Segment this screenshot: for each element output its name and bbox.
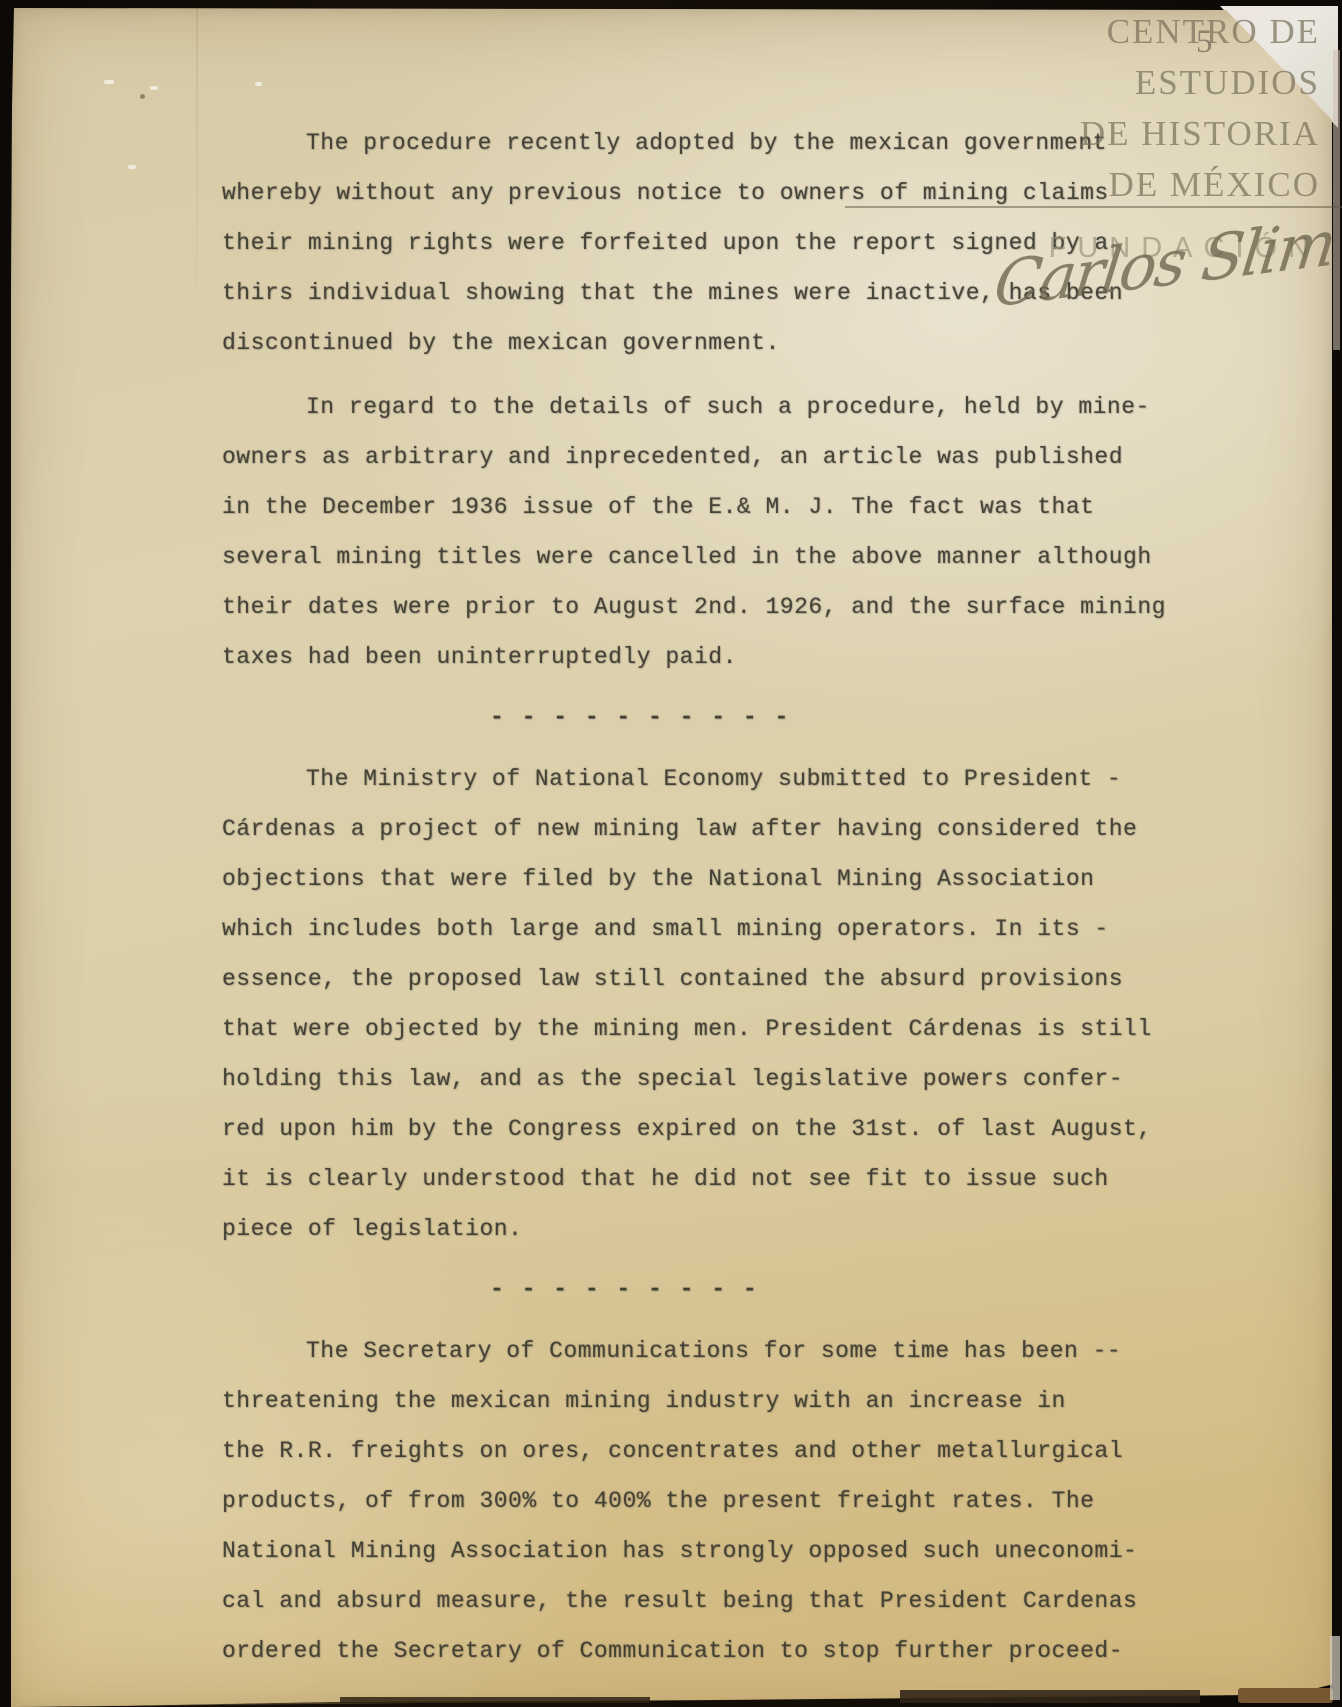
paper-speck (128, 165, 136, 169)
typed-line: owners as arbitrary and inprecedented, a… (222, 432, 1222, 482)
section-divider: - - - - - - - - - - (222, 692, 1222, 748)
typed-line: which includes both large and small mini… (222, 904, 1222, 954)
typed-line: thirs individual showing that the mines … (222, 268, 1222, 318)
typed-line: it is clearly understood that he did not… (222, 1154, 1222, 1204)
under-page-edge (1330, 1636, 1340, 1700)
typewritten-text: The procedure recently adopted by the me… (222, 118, 1222, 1676)
page-number: 5 (1196, 24, 1213, 61)
backing-edge-sliver (1333, 50, 1340, 350)
paper-crease (196, 8, 198, 348)
typed-line: The Secretary of Communications for some… (222, 1326, 1222, 1376)
typed-line: in the December 1936 issue of the E.& M.… (222, 482, 1222, 532)
typed-line: products, of from 300% to 400% the prese… (222, 1476, 1222, 1526)
paper-speck (104, 80, 114, 84)
typed-line: National Mining Association has strongly… (222, 1526, 1222, 1576)
typed-line: cal and absurd measure, the result being… (222, 1576, 1222, 1626)
typed-line: piece of legislation. (222, 1204, 1222, 1254)
document-scan: The procedure recently adopted by the me… (0, 0, 1342, 1707)
typed-line: several mining titles were cancelled in … (222, 532, 1222, 582)
under-page-edge (1238, 1688, 1333, 1703)
typed-line: holding this law, and as the special leg… (222, 1054, 1222, 1104)
watermark-underline (845, 206, 1342, 208)
typed-line: In regard to the details of such a proce… (222, 382, 1222, 432)
typed-line: objections that were filed by the Nation… (222, 854, 1222, 904)
typed-line: The procedure recently adopted by the me… (222, 118, 1222, 168)
typed-line: essence, the proposed law still containe… (222, 954, 1222, 1004)
typed-line: red upon him by the Congress expired on … (222, 1104, 1222, 1154)
typed-line: ordered the Secretary of Communication t… (222, 1626, 1222, 1676)
typed-line: their dates were prior to August 2nd. 19… (222, 582, 1222, 632)
typed-line: their mining rights were forfeited upon … (222, 218, 1222, 268)
typed-line: taxes had been uninterruptedly paid. (222, 632, 1222, 682)
paper-dot (140, 94, 145, 99)
section-divider: - - - - - - - - - (222, 1264, 1222, 1320)
paper-speck (150, 86, 158, 90)
under-page-edge (340, 1697, 650, 1703)
under-page-edge (900, 1690, 1200, 1703)
typed-line: The Ministry of National Economy submitt… (222, 754, 1222, 804)
paper-speck (255, 82, 262, 86)
typed-line: threatening the mexican mining industry … (222, 1376, 1222, 1426)
typed-line: that were objected by the mining men. Pr… (222, 1004, 1222, 1054)
typed-line: Cárdenas a project of new mining law aft… (222, 804, 1222, 854)
typed-line: the R.R. freights on ores, concentrates … (222, 1426, 1222, 1476)
typed-line: whereby without any previous notice to o… (222, 168, 1222, 218)
typed-line: discontinued by the mexican government. (222, 318, 1222, 368)
